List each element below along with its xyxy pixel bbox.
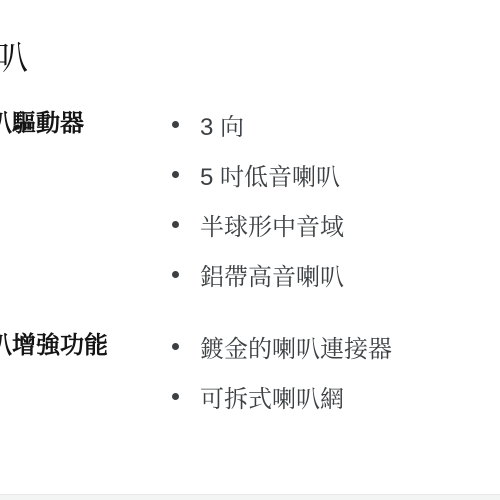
spec-item: 5 吋低音喇叭 — [160, 149, 500, 199]
bullet-icon — [172, 171, 179, 178]
spec-label: 喇叭驅動器 — [0, 99, 160, 149]
spec-item-list: 3 向 5 吋低音喇叭 半球形中音域 鋁帶高音喇叭 — [160, 99, 500, 299]
bullet-icon — [172, 221, 179, 228]
spec-value: 可拆式喇叭網 — [200, 379, 344, 414]
page-title-row: 喇叭 — [0, 38, 500, 78]
bullet-icon — [172, 343, 179, 350]
spec-value: 鋁帶高音喇叭 — [200, 257, 344, 292]
spec-table: 喇叭驅動器 3 向 5 吋低音喇叭 半球形中音域 鋁帶高音喇叭 — [0, 99, 500, 421]
spec-label-cell: 喇叭增強功能 — [0, 321, 160, 371]
bullet-icon — [172, 271, 179, 278]
spec-section-speaker-drivers: 喇叭驅動器 3 向 5 吋低音喇叭 半球形中音域 鋁帶高音喇叭 — [0, 99, 500, 299]
spec-item: 鍍金的喇叭連接器 — [160, 321, 500, 371]
spec-section-speaker-enhancements: 喇叭增強功能 鍍金的喇叭連接器 可拆式喇叭網 — [0, 321, 500, 421]
spec-item: 鋁帶高音喇叭 — [160, 249, 500, 299]
bullet-icon — [172, 121, 179, 128]
spec-value: 3 向 — [200, 107, 244, 142]
speaker-spec-page: 喇叭 喇叭驅動器 3 向 5 吋低音喇叭 半球形中音域 — [0, 38, 500, 421]
spec-value: 鍍金的喇叭連接器 — [200, 329, 392, 364]
spec-value: 半球形中音域 — [200, 207, 344, 242]
spec-label-cell: 喇叭驅動器 — [0, 99, 160, 149]
spec-item: 可拆式喇叭網 — [160, 371, 500, 421]
page-title: 喇叭 — [0, 38, 500, 78]
spec-value: 5 吋低音喇叭 — [200, 157, 340, 192]
spec-item: 半球形中音域 — [160, 199, 500, 249]
spec-label: 喇叭增強功能 — [0, 321, 160, 371]
spec-item-list: 鍍金的喇叭連接器 可拆式喇叭網 — [160, 321, 500, 421]
spec-item: 3 向 — [160, 99, 500, 149]
footer-bar — [0, 494, 500, 500]
bullet-icon — [172, 393, 179, 400]
